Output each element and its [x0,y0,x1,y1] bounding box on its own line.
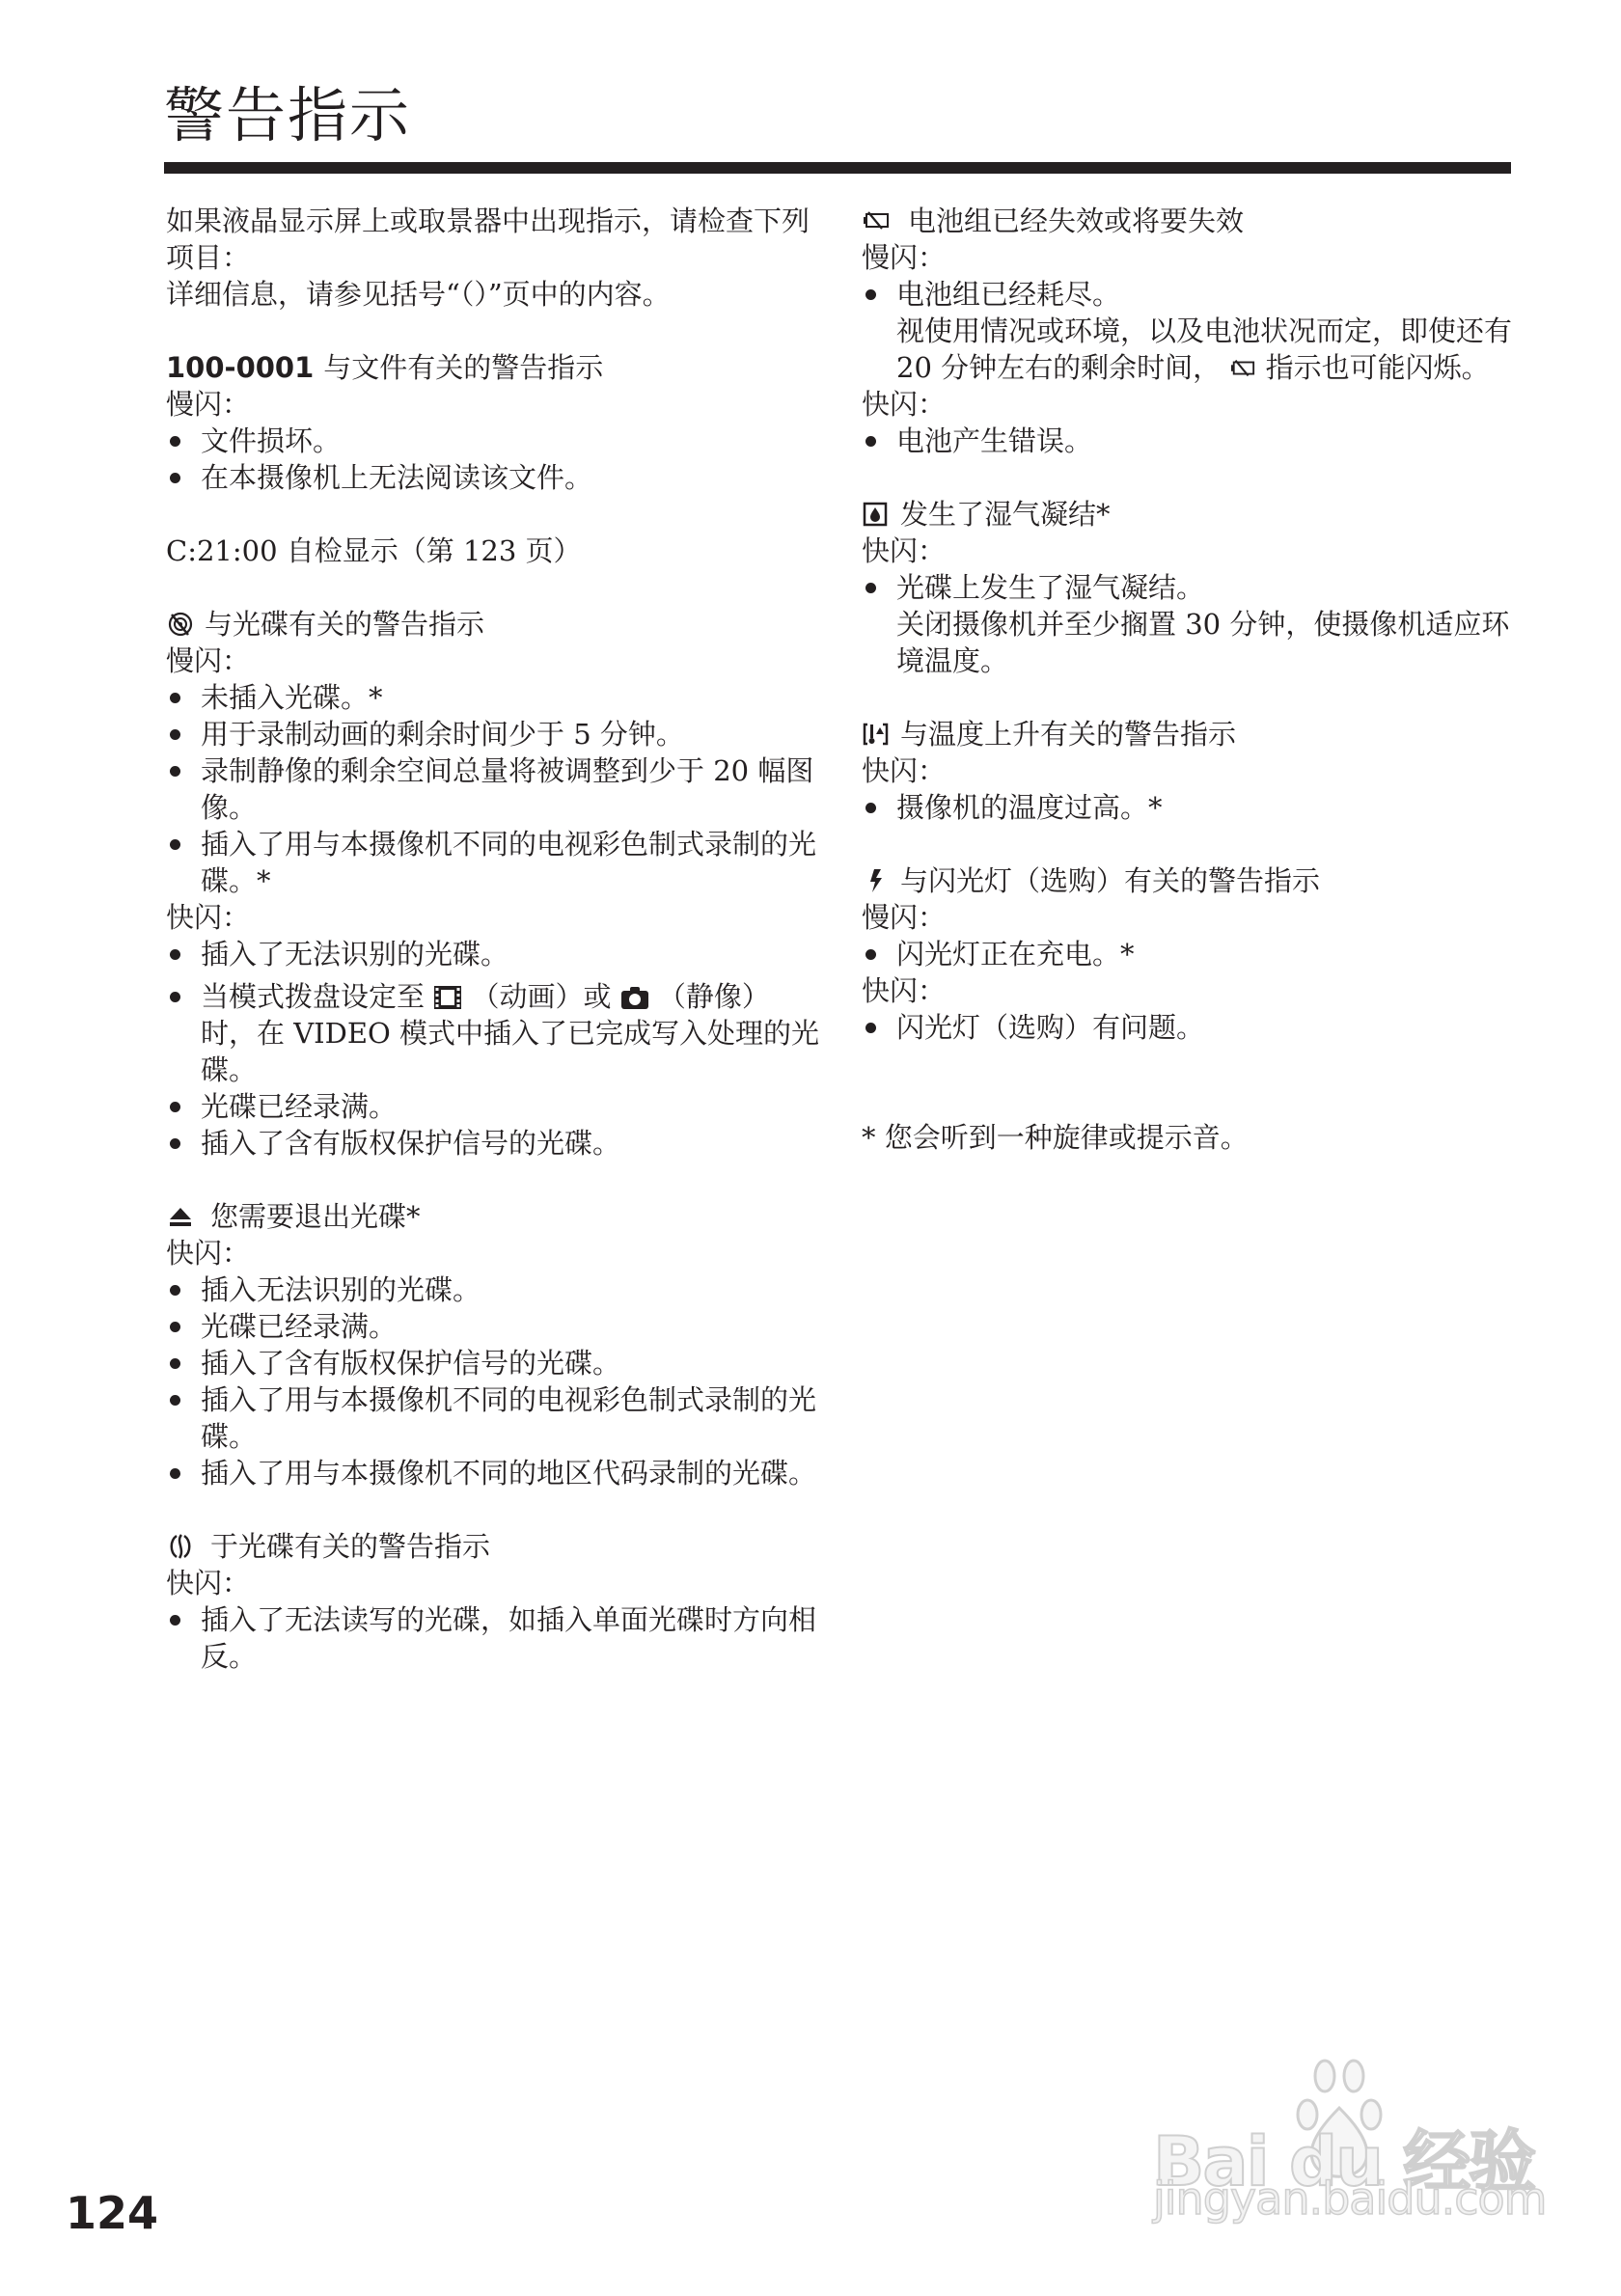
list-item: 光碟已经录满。 [166,1308,822,1345]
eject-icon [166,1202,195,1231]
still-camera-icon [620,985,649,1010]
error-code: 100-0001 [166,349,314,386]
left-column: 如果液晶显示屏上或取景器中出现指示，请检查下列项目： 详细信息，请参见括号“（）… [166,203,822,1711]
fast-flash-label: 快闪： [862,752,1518,789]
list-item: 插入了用与本摄像机不同的地区代码录制的光碟。 [166,1455,822,1491]
battery-empty-icon [862,206,891,235]
section-heading: 与闪光灯（选购）有关的警告指示 [862,862,1518,899]
fast-flash-label: 快闪： [862,533,1518,569]
list-item: 当模式拨盘设定至 （动画）或 （静像）时，在 VIDEO 模式中插入了已完成写入… [166,978,822,1088]
intro-line-2: 详细信息，请参见括号“（）”页中的内容。 [166,276,822,313]
list-item: 闪光灯（选购）有问题。 [862,1009,1518,1046]
section-heading: 于光碟有关的警告指示 [166,1528,822,1565]
battery-empty-icon [1229,356,1256,381]
watermark: Bai du 经验 jingyan.baidu.com [1153,2055,1539,2228]
section-title: 与文件有关的警告指示 [323,349,603,386]
fast-flash-label: 快闪： [862,972,1518,1009]
section-disc-warning: 与光碟有关的警告指示 慢闪： 未插入光碟。* 用于录制动画的剩余时间少于 5 分… [166,606,822,1162]
section-self-test: C:21:00 自检显示（第 123 页） [166,533,822,569]
section-file-warning: 100-0001 与文件有关的警告指示 慢闪： 文件损坏。 在本摄像机上无法阅读… [166,349,822,496]
section-title: 电池组已经失效或将要失效 [908,203,1244,239]
list-item: 插入了含有版权保护信号的光碟。 [166,1345,822,1381]
movie-mode-icon [433,985,462,1010]
list-item: 录制静像的剩余空间总量将被调整到少于 20 幅图像。 [166,752,822,826]
list-item: 光碟已经录满。 [166,1088,822,1125]
list-item: 插入无法识别的光碟。 [166,1271,822,1308]
list-item: 插入了无法读写的光碟，如插入单面光碟时方向相反。 [166,1601,822,1675]
fast-flash-label: 快闪： [862,386,1518,423]
condensation-drop-icon [862,500,891,529]
list-item: 插入了用与本摄像机不同的电视彩色制式录制的光碟。* [166,826,822,899]
list-item: 闪光灯正在充电。* [862,936,1518,972]
section-heading: 100-0001 与文件有关的警告指示 [166,349,822,386]
section-title: 您需要退出光碟* [210,1198,421,1235]
section-condensation: 发生了湿气凝结* 快闪： 光碟上发生了湿气凝结。 关闭摄像机并至少搁置 30 分… [862,496,1518,679]
section-battery: 电池组已经失效或将要失效 慢闪： 电池组已经耗尽。 视使用情况或环境，以及电池状… [862,203,1518,459]
self-test-text: C:21:00 自检显示（第 123 页） [166,533,822,569]
intro: 如果液晶显示屏上或取景器中出现指示，请检查下列项目： 详细信息，请参见括号“（）… [166,203,822,313]
list-item: 未插入光碟。* [166,679,822,716]
list-item: 在本摄像机上无法阅读该文件。 [166,459,822,496]
page-title: 警告指示 [164,81,411,150]
slow-flash-label: 慢闪： [166,386,822,423]
fast-flash-label: 快闪： [166,1235,822,1271]
section-disc-rw-warning: 于光碟有关的警告指示 快闪： 插入了无法读写的光碟，如插入单面光碟时方向相反。 [166,1528,822,1675]
list-item-note: 视使用情况或环境，以及电池状况而定，即使还有 20 分钟左右的剩余时间， 指示也… [896,313,1518,386]
disc-rw-error-icon [166,1532,195,1561]
section-heading: 与温度上升有关的警告指示 [862,716,1518,752]
list-item: 电池产生错误。 [862,423,1518,459]
list-item: 插入了用与本摄像机不同的电视彩色制式录制的光碟。 [166,1381,822,1455]
section-title: 与温度上升有关的警告指示 [900,716,1236,752]
disc-warning-icon [166,610,195,639]
slow-flash-label: 慢闪： [862,899,1518,936]
section-title: 于光碟有关的警告指示 [210,1528,490,1565]
list-item: 摄像机的温度过高。* [862,789,1518,826]
footnote: * 您会听到一种旋律或提示音。 [862,1119,1518,1156]
fast-flash-label: 快闪： [166,899,822,936]
section-title: 发生了湿气凝结* [900,496,1111,533]
title-rule [164,162,1511,174]
section-temperature: 与温度上升有关的警告指示 快闪： 摄像机的温度过高。* [862,716,1518,826]
temperature-warning-icon [862,720,891,749]
list-item: 用于录制动画的剩余时间少于 5 分钟。 [166,716,822,752]
section-eject: 您需要退出光碟* 快闪： 插入无法识别的光碟。 光碟已经录满。 插入了含有版权保… [166,1198,822,1491]
section-heading: 您需要退出光碟* [166,1198,822,1235]
section-heading: 与光碟有关的警告指示 [166,606,822,642]
section-heading: 发生了湿气凝结* [862,496,1518,533]
list-item: 光碟上发生了湿气凝结。 关闭摄像机并至少搁置 30 分钟，使摄像机适应环境温度。 [862,569,1518,679]
right-column: 电池组已经失效或将要失效 慢闪： 电池组已经耗尽。 视使用情况或环境，以及电池状… [862,203,1518,1156]
slow-flash-label: 慢闪： [166,642,822,679]
watermark-url: jingyan.baidu.com [1153,2173,1547,2225]
list-item: 电池组已经耗尽。 视使用情况或环境，以及电池状况而定，即使还有 20 分钟左右的… [862,276,1518,386]
list-item: 插入了含有版权保护信号的光碟。 [166,1125,822,1162]
section-title: 与闪光灯（选购）有关的警告指示 [900,862,1320,899]
section-title: 与光碟有关的警告指示 [205,606,484,642]
intro-line-1: 如果液晶显示屏上或取景器中出现指示，请检查下列项目： [166,203,822,276]
list-item-note: 关闭摄像机并至少搁置 30 分钟，使摄像机适应环境温度。 [896,606,1518,679]
flash-icon [862,866,891,895]
fast-flash-label: 快闪： [166,1565,822,1601]
page-number: 124 [66,2188,158,2238]
section-heading: 电池组已经失效或将要失效 [862,203,1518,239]
section-flash: 与闪光灯（选购）有关的警告指示 慢闪： 闪光灯正在充电。* 快闪： 闪光灯（选购… [862,862,1518,1046]
list-item: 文件损坏。 [166,423,822,459]
list-item: 插入了无法识别的光碟。 [166,936,822,972]
slow-flash-label: 慢闪： [862,239,1518,276]
